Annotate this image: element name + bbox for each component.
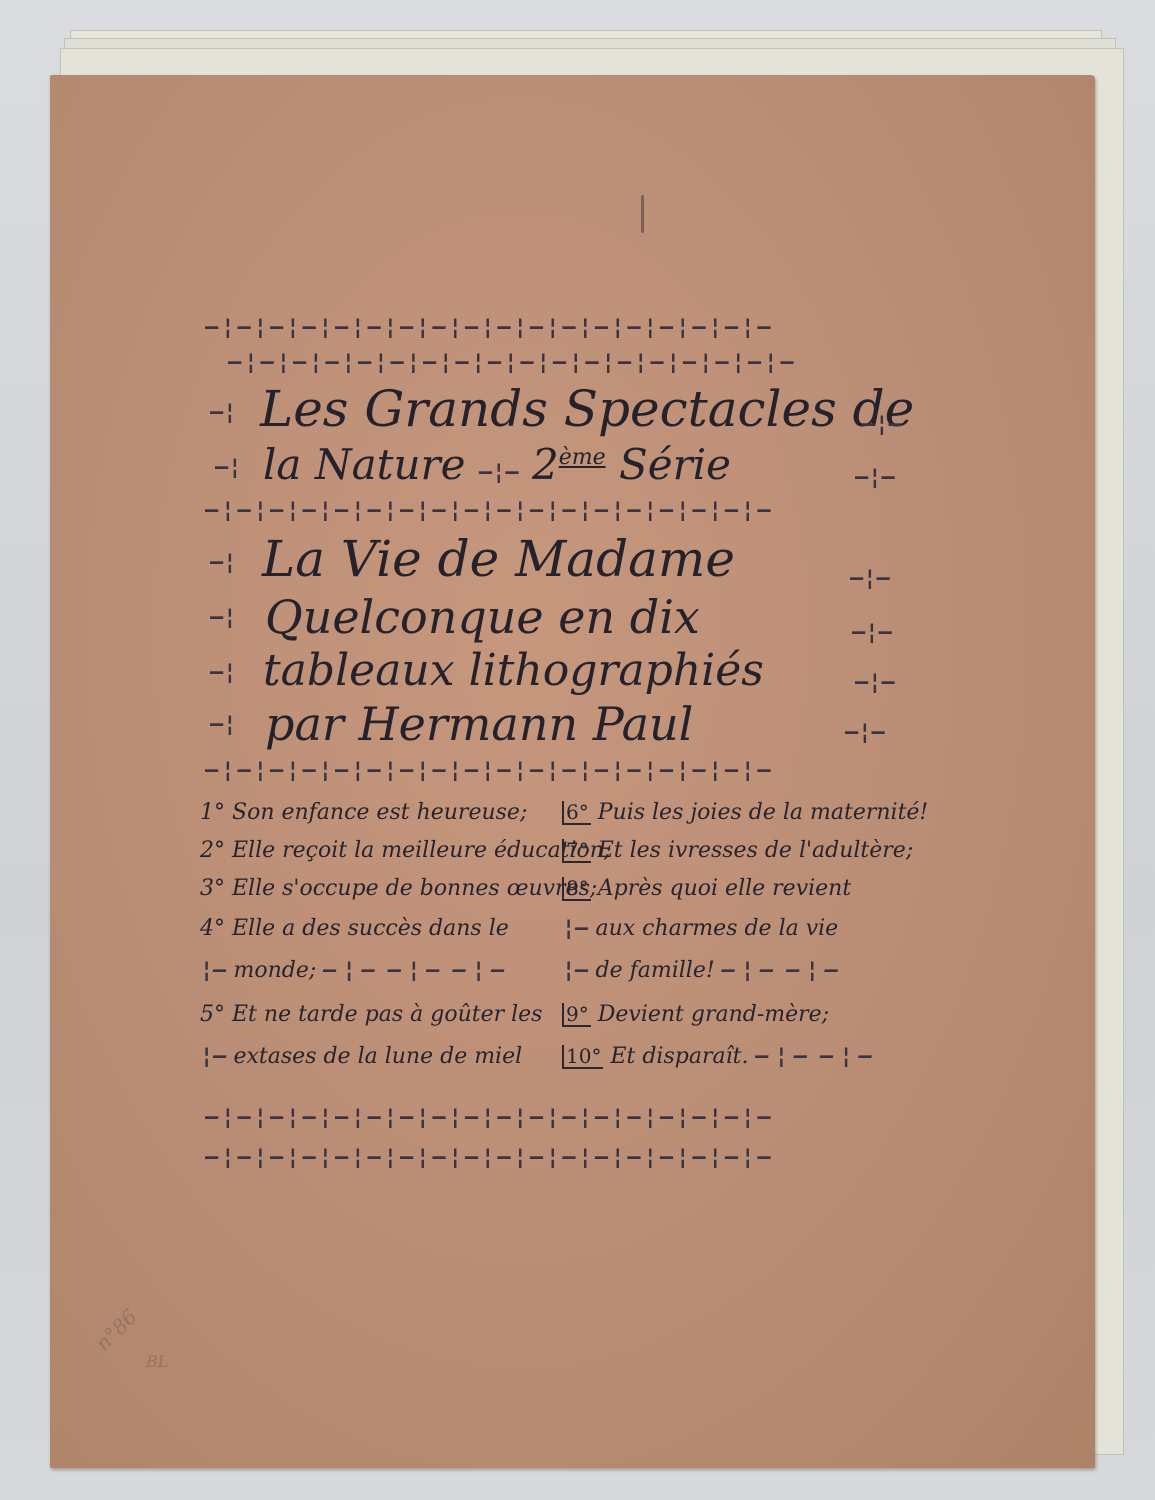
- decorative-dash-row: –¦–¦–¦–¦–¦–¦–¦–¦–¦–¦–¦–¦–¦–¦–¦–¦–¦–: [205, 758, 925, 782]
- title-line-2: la Nature –¦– 2ème Série: [263, 440, 731, 489]
- contents-item-4-cont: ¦– monde; –¦– –¦– –¦–: [200, 958, 511, 983]
- pencil-initials: BL: [146, 1352, 168, 1371]
- contents-item-1: 1° Son enfance est heureuse;: [200, 800, 527, 825]
- decorative-dash-row: –¦–¦–¦–¦–¦–¦–¦–¦–¦–¦–¦–¦–¦–¦–¦–¦–¦–: [205, 498, 925, 522]
- contents-item-9: 9° Devient grand-mère;: [562, 1002, 829, 1027]
- contents-item-2: 2° Elle reçoit la meilleure éducation;: [200, 838, 611, 863]
- contents-item-8: 8° Après quoi elle revient: [562, 876, 851, 901]
- edge-mark-right: –¦–: [855, 465, 895, 490]
- edge-mark-left: –¦: [210, 550, 237, 575]
- edge-mark-left: –¦: [210, 712, 237, 737]
- title-line-6: par Hermann Paul: [265, 697, 693, 751]
- edge-mark-left: –¦: [210, 605, 237, 630]
- edge-mark-left: –¦: [210, 660, 237, 685]
- decorative-dash-row: –¦–¦–¦–¦–¦–¦–¦–¦–¦–¦–¦–¦–¦–¦–¦–¦–¦–: [205, 315, 925, 339]
- edge-mark-right: –¦–: [852, 620, 892, 645]
- contents-item-10: 10° Et disparaît. –¦– –¦–: [562, 1044, 878, 1069]
- title-line-1: Les Grands Spectacles de: [260, 380, 914, 438]
- title-line-3: La Vie de Madame: [262, 530, 735, 588]
- contents-item-6: 6° Puis les joies de la maternité!: [562, 800, 928, 825]
- contents-item-5-cont: ¦– extases de la lune de miel: [200, 1044, 522, 1069]
- title-nature: la Nature: [263, 440, 465, 489]
- edge-mark-right: –¦–: [862, 412, 902, 437]
- contents-item-5: 5° Et ne tarde pas à goûter les: [200, 1002, 542, 1027]
- contents-item-8-cont: ¦– aux charmes de la vie: [562, 916, 838, 941]
- contents-item-8-cont2: ¦– de famille! –¦– –¦–: [562, 958, 844, 983]
- decorative-dash-row: –¦–¦–¦–¦–¦–¦–¦–¦–¦–¦–¦–¦–¦–¦–¦–¦–¦–: [205, 1145, 925, 1169]
- series-word: Série: [619, 440, 731, 489]
- series-superscript: ème: [559, 445, 606, 470]
- edge-mark-right: –¦–: [845, 720, 885, 745]
- contents-item-3: 3° Elle s'occupe de bonnes œuvres;: [200, 876, 597, 901]
- edge-mark-left: –¦: [215, 455, 242, 480]
- inline-dash: –¦–: [479, 460, 519, 485]
- edge-mark-right: –¦–: [850, 566, 890, 591]
- decorative-dash-row: –¦–¦–¦–¦–¦–¦–¦–¦–¦–¦–¦–¦–¦–¦–¦–¦–¦–: [228, 350, 918, 374]
- edge-mark-left: –¦: [210, 400, 237, 425]
- contents-item-7: 7° Et les ivresses de l'adultère;: [562, 838, 913, 863]
- series-number: 2: [532, 440, 559, 489]
- pencil-tick-mark: [641, 195, 644, 233]
- title-line-4: Quelconque en dix: [265, 590, 700, 644]
- edge-mark-right: –¦–: [855, 670, 895, 695]
- contents-item-4: 4° Elle a des succès dans le: [200, 916, 509, 941]
- decorative-dash-row: –¦–¦–¦–¦–¦–¦–¦–¦–¦–¦–¦–¦–¦–¦–¦–¦–¦–: [205, 1105, 925, 1129]
- title-line-5: tableaux lithographiés: [263, 645, 764, 696]
